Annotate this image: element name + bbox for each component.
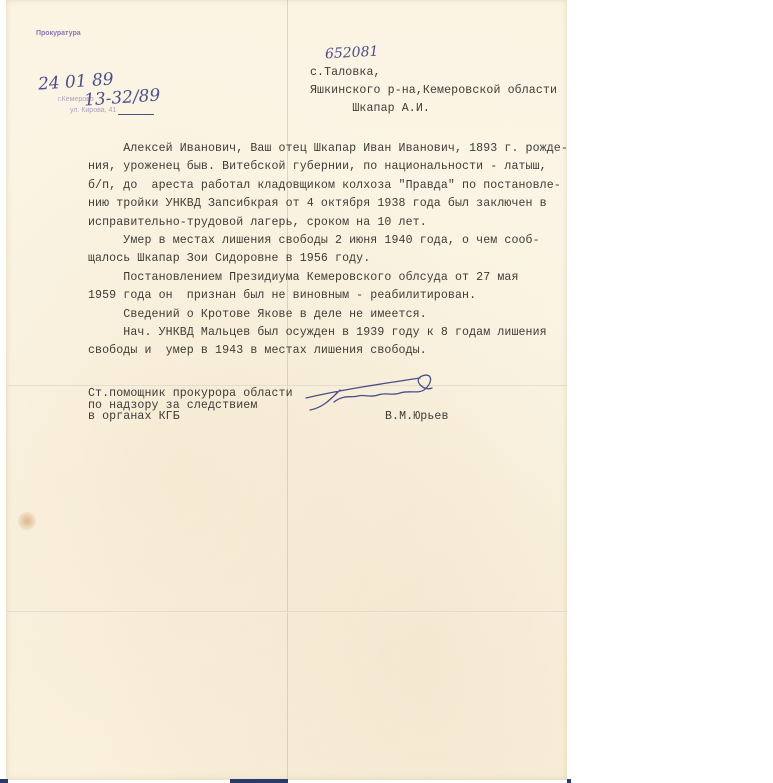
body-line: нию тройки УНКВД Запсибкрая от 4 октября… (88, 195, 568, 213)
body-line: Постановлением Президиума Кемеровского о… (88, 269, 568, 287)
horizontal-fold-line-lower (6, 611, 567, 613)
body-line: Сведений о Кротове Якове в деле не имеет… (88, 306, 568, 324)
stamp-line (36, 50, 166, 61)
body-line: исправительно-трудовой лагерь, сроком на… (88, 214, 568, 232)
signatory-title-line: в органах КГБ (88, 411, 293, 423)
addressee-line: Шкапар А.И. (310, 100, 557, 118)
body-line: ния, уроженец быв. Витебской губернии, п… (88, 158, 568, 176)
scan-edge (567, 779, 571, 783)
body-line: 1959 года он признан был не виновным - р… (88, 287, 568, 305)
body-line: Умер в местах лишения свободы 2 июня 194… (88, 232, 568, 250)
stamp-line (36, 39, 166, 50)
letter-body: Алексей Иванович, Ваш отец Шкапар Иван И… (88, 140, 568, 361)
registration-underline (118, 114, 154, 115)
signatory-title-line: Ст.помощник прокурора области (88, 388, 293, 400)
addressee-line: Яшкинского р-на,Кемеровской области (310, 82, 557, 100)
body-line: б/п, до ареста работал кладовщиком колхо… (88, 177, 568, 195)
stamp-line: Прокуратура (36, 28, 166, 39)
body-line: щалось Шкапар Зои Сидоровне в 1956 году. (88, 250, 568, 268)
handwritten-postcode: 652081 (325, 44, 379, 63)
addressee-block: с.Таловка, Яшкинского р-на,Кемеровской о… (310, 64, 557, 118)
body-line: Нач. УНКВД Мальцев был осужден в 1939 го… (88, 324, 568, 342)
body-line: Алексей Иванович, Ваш отец Шкапар Иван И… (88, 140, 568, 158)
body-line: свободы и умер в 1943 в местах лишения с… (88, 342, 568, 360)
paper-stain (18, 512, 36, 530)
signatory-title: Ст.помощник прокурора области по надзору… (88, 388, 293, 423)
scan-edge (0, 779, 8, 783)
scan-edge (230, 779, 288, 783)
addressee-line: с.Таловка, (310, 64, 557, 82)
signer-name: В.М.Юрьев (385, 410, 449, 423)
